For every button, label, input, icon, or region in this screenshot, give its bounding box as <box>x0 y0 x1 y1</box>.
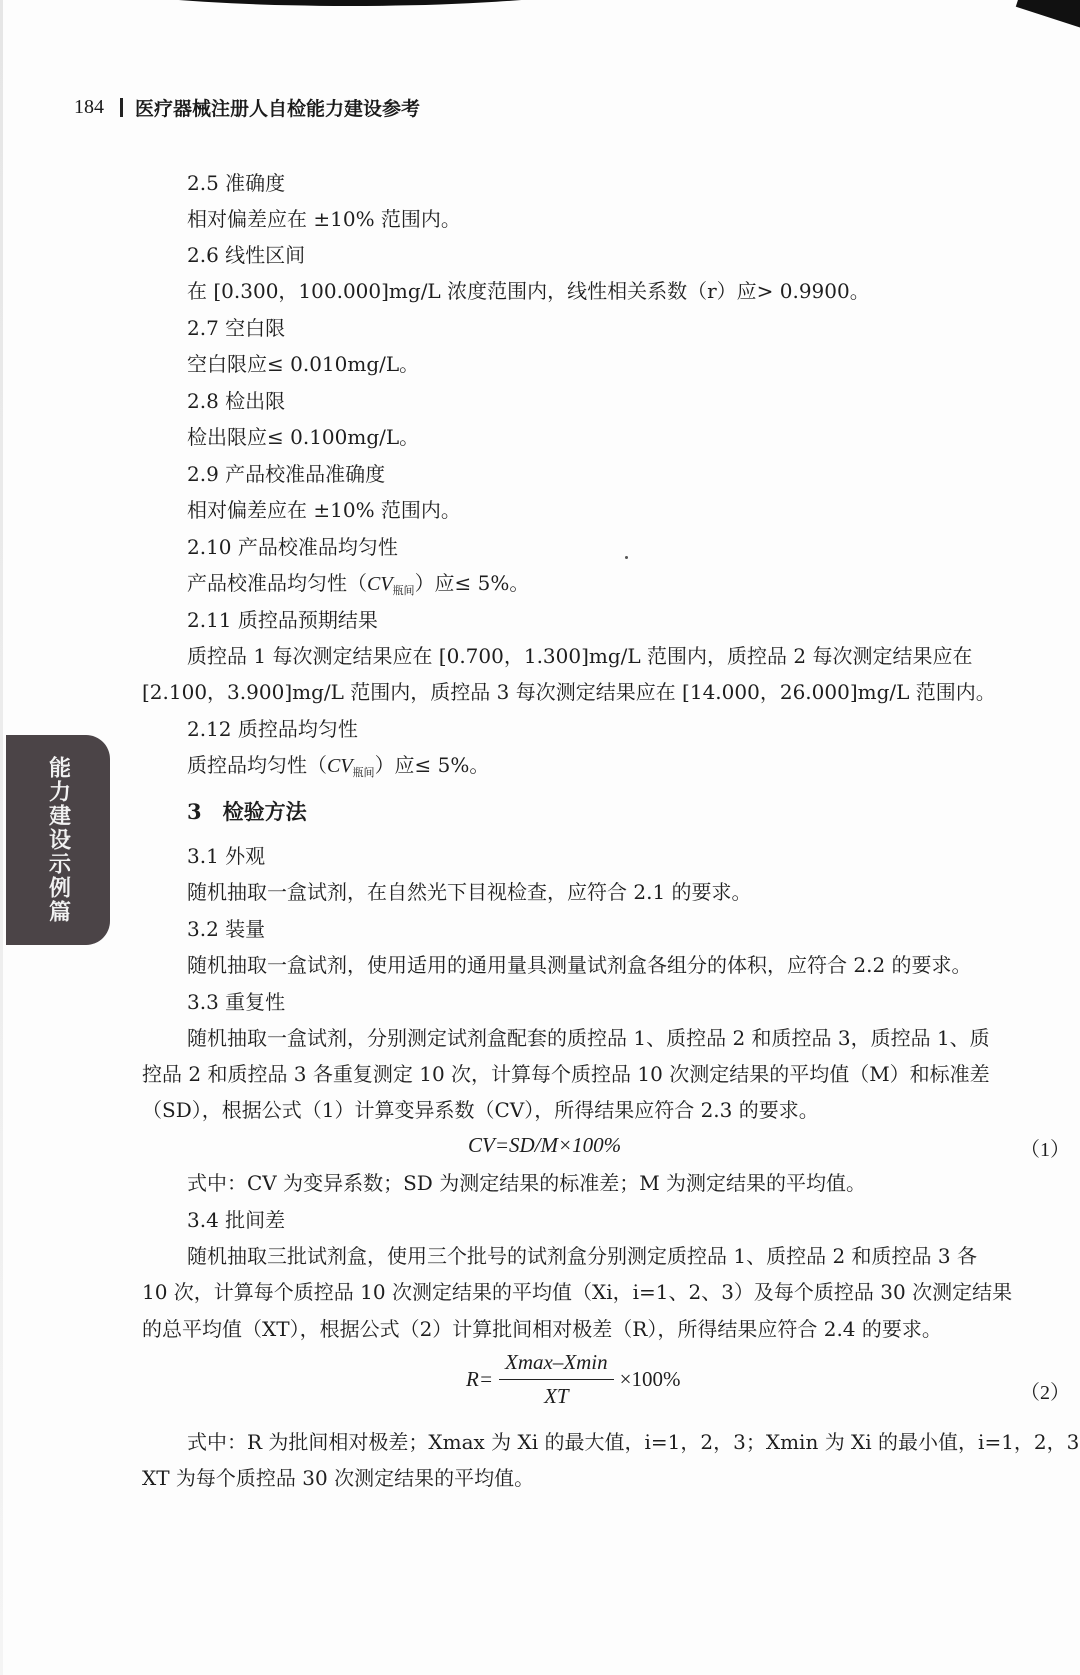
section-body-3-3-line2: 控品 2 和质控品 3 各重复测定 10 次，计算每个质控品 10 次测定结果的… <box>142 1061 990 1087</box>
running-head: 184 医疗器械注册人自检能力建设参考 <box>74 94 420 121</box>
section-body-3-4-line1: 随机抽取三批试剂盒，使用三个批号的试剂盒分别测定质控品 1、质控品 2 和质控品… <box>187 1243 977 1269</box>
page-top-shadow <box>40 0 660 6</box>
fraction-numerator: Xmax–Xmin <box>499 1350 614 1380</box>
section-body-2-10: 产品校准品均匀性（CV瓶间）应≤ 5%。 <box>187 570 529 604</box>
section-title-2-7: 2.7 空白限 <box>187 315 285 341</box>
section-body-2-7: 空白限应≤ 0.010mg/L。 <box>187 351 419 377</box>
section-body-2-5: 相对偏差应在 ±10% 范围内。 <box>187 206 461 232</box>
formula-2: R= Xmax–Xmin XT ×100% <box>466 1350 681 1409</box>
text: 质控品均匀性（ <box>187 753 327 777</box>
formula-1-legend: 式中：CV 为变异系数；SD 为测定结果的标准差；M 为测定结果的平均值。 <box>187 1170 866 1196</box>
side-tab-label: 能力建设示例篇 <box>43 756 74 924</box>
section-title-2-8: 2.8 检出限 <box>187 388 285 414</box>
cv-subscript: 瓶间 <box>353 766 375 779</box>
section-title-3-1: 3.1 外观 <box>187 843 265 869</box>
section-title-3-4: 3.4 批间差 <box>187 1207 285 1233</box>
section-body-2-6: 在 [0.300，100.000]mg/L 浓度范围内，线性相关系数（r）应> … <box>187 278 870 304</box>
equation-number-2: （2） <box>1020 1376 1070 1405</box>
fraction: Xmax–Xmin XT <box>499 1350 614 1409</box>
text: ）应≤ 5%。 <box>415 571 530 595</box>
section-body-2-9: 相对偏差应在 ±10% 范围内。 <box>187 497 461 523</box>
page-left-edge <box>0 0 3 1675</box>
section-title-2-12: 2.12 质控品均匀性 <box>187 716 358 742</box>
section-title-2-5: 2.5 准确度 <box>187 170 285 196</box>
formula-2-legend-line2: XT 为每个质控品 30 次测定结果的平均值。 <box>142 1465 534 1491</box>
section-body-3-4-line3: 的总平均值（XT），根据公式（2）计算批间相对极差（R），所得结果应符合 2.4… <box>142 1316 942 1342</box>
header-divider <box>120 98 123 117</box>
equation-number-1: （1） <box>1020 1133 1070 1162</box>
formula-tail: ×100% <box>620 1367 681 1392</box>
page-corner-shadow <box>1016 0 1080 31</box>
page-number: 184 <box>74 96 104 119</box>
section-body-2-8: 检出限应≤ 0.100mg/L。 <box>187 424 419 450</box>
cv-symbol: CV <box>367 573 393 595</box>
section-title-2-9: 2.9 产品校准品准确度 <box>187 461 385 487</box>
text: 产品校准品均匀性（ <box>187 571 367 595</box>
section-body-2-11-line2: [2.100，3.900]mg/L 范围内，质控品 3 每次测定结果应在 [14… <box>142 679 996 705</box>
cv-subscript: 瓶间 <box>393 584 415 597</box>
formula-1: CV=SD/M×100% <box>468 1133 621 1158</box>
section-body-3-4-line2: 10 次，计算每个质控品 10 次测定结果的平均值（Xi，i=1、2、3）及每个… <box>142 1279 1012 1305</box>
formula-2-legend-line1: 式中：R 为批间相对极差；Xmax 为 Xi 的最大值，i=1，2，3；Xmin… <box>187 1429 1080 1455</box>
section-title-3-2: 3.2 装量 <box>187 916 265 942</box>
section-title-2-11: 2.11 质控品预期结果 <box>187 607 378 633</box>
text: ）应≤ 5%。 <box>375 753 490 777</box>
section-body-3-2: 随机抽取一盒试剂，使用适用的通用量具测量试剂盒各组分的体积，应符合 2.2 的要… <box>187 952 972 978</box>
section-title-3-3: 3.3 重复性 <box>187 989 285 1015</box>
section-title-2-6: 2.6 线性区间 <box>187 242 305 268</box>
section-body-3-3-line1: 随机抽取一盒试剂，分别测定试剂盒配套的质控品 1、质控品 2 和质控品 3，质控… <box>187 1025 990 1051</box>
section-body-3-3-line3: （SD），根据公式（1）计算变异系数（CV），所得结果应符合 2.3 的要求。 <box>142 1097 819 1123</box>
cv-symbol: CV <box>327 755 353 777</box>
chapter-side-tab: 能力建设示例篇 <box>6 735 110 945</box>
section-body-2-12: 质控品均匀性（CV瓶间）应≤ 5%。 <box>187 752 489 786</box>
section-body-2-11-line1: 质控品 1 每次测定结果应在 [0.700，1.300]mg/L 范围内，质控品… <box>187 643 973 669</box>
section-body-3-1: 随机抽取一盒试剂，在自然光下目视检查，应符合 2.1 的要求。 <box>187 879 752 905</box>
section-title-2-10: 2.10 产品校准品均匀性 <box>187 534 398 560</box>
formula-lhs: R= <box>466 1367 493 1392</box>
fraction-denominator: XT <box>544 1380 569 1409</box>
chapter-heading-3: 3 检验方法 <box>187 799 307 825</box>
book-title: 医疗器械注册人自检能力建设参考 <box>135 94 420 121</box>
speck <box>625 556 628 559</box>
